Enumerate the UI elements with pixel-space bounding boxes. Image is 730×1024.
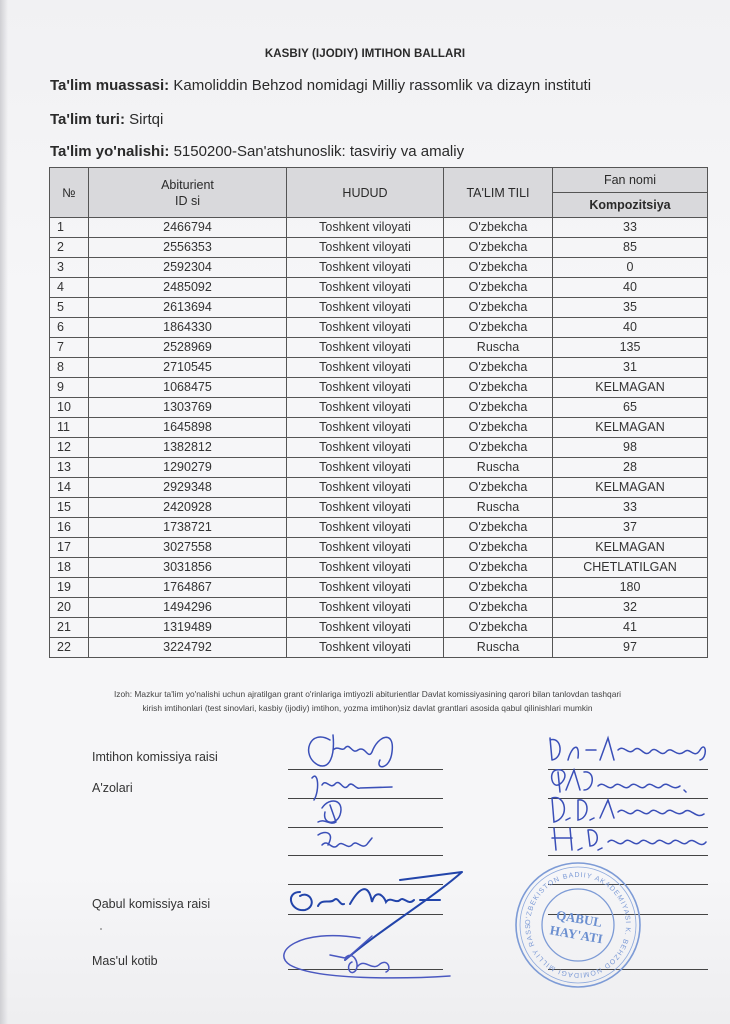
language-cell: O'zbekcha: [444, 598, 553, 618]
direction-line: Ta'lim yo'nalishi: 5150200-San'atshunosl…: [50, 143, 464, 160]
applicant-id-cell: 2466794: [89, 218, 287, 238]
score-cell: 32: [553, 598, 708, 618]
note: Izoh: Mazkur ta'lim yo'nalishi uchun ajr…: [55, 687, 680, 715]
signature-line: [288, 798, 443, 799]
table-row: 101303769Toshkent viloyatiO'zbekcha65: [50, 398, 708, 418]
table-row: 32592304Toshkent viloyatiO'zbekcha0: [50, 258, 708, 278]
row-number-cell: 9: [50, 378, 89, 398]
signature-line: [288, 914, 443, 915]
region-cell: Toshkent viloyati: [287, 438, 444, 458]
row-number-cell: 2: [50, 238, 89, 258]
applicant-id-cell: 3224792: [89, 638, 287, 658]
row-number-cell: 3: [50, 258, 89, 278]
language-cell: O'zbekcha: [444, 558, 553, 578]
admission-commission-chair-label: Qabul komissiya raisi: [92, 897, 210, 911]
language-cell: Ruscha: [444, 498, 553, 518]
applicant-id-cell: 1382812: [89, 438, 287, 458]
region-cell: Toshkent viloyati: [287, 558, 444, 578]
header-subject: Kompozitsiya: [553, 193, 708, 218]
row-number-cell: 18: [50, 558, 89, 578]
applicant-id-cell: 1319489: [89, 618, 287, 638]
language-cell: O'zbekcha: [444, 218, 553, 238]
table-row: 121382812Toshkent viloyatiO'zbekcha98: [50, 438, 708, 458]
applicant-id-cell: 3027558: [89, 538, 287, 558]
region-cell: Toshkent viloyati: [287, 498, 444, 518]
table-row: 111645898Toshkent viloyatiO'zbekchaKELMA…: [50, 418, 708, 438]
table-row: 161738721Toshkent viloyatiO'zbekcha37: [50, 518, 708, 538]
signature-name-1: [550, 738, 705, 760]
table-row: 223224792Toshkent viloyatiRuscha97: [50, 638, 708, 658]
applicant-id-cell: 1494296: [89, 598, 287, 618]
exam-commission-chair-label: Imtihon komissiya raisi: [92, 750, 218, 764]
language-cell: Ruscha: [444, 338, 553, 358]
region-cell: Toshkent viloyati: [287, 618, 444, 638]
signature-admission-chair: [291, 872, 462, 960]
table-row: 191764867Toshkent viloyatiO'zbekcha180: [50, 578, 708, 598]
language-cell: O'zbekcha: [444, 518, 553, 538]
header-subject-group: Fan nomi: [553, 168, 708, 193]
region-cell: Toshkent viloyati: [287, 258, 444, 278]
score-cell: 37: [553, 518, 708, 538]
score-cell: 35: [553, 298, 708, 318]
language-cell: O'zbekcha: [444, 278, 553, 298]
row-number-cell: 12: [50, 438, 89, 458]
row-number-cell: 17: [50, 538, 89, 558]
institution-label: Ta'lim muassasi:: [50, 77, 169, 94]
score-cell: 98: [553, 438, 708, 458]
header-applicant-id-line1: Abiturient: [89, 177, 286, 193]
score-cell: 40: [553, 278, 708, 298]
row-number-cell: 15: [50, 498, 89, 518]
region-cell: Toshkent viloyati: [287, 358, 444, 378]
speck: [100, 928, 102, 930]
note-line-1: Izoh: Mazkur ta'lim yo'nalishi uchun ajr…: [55, 687, 680, 701]
score-cell: KELMAGAN: [553, 478, 708, 498]
row-number-cell: 5: [50, 298, 89, 318]
signature-line: [548, 884, 708, 885]
institution-value: Kamoliddin Behzod nomidagi Milliy rassom…: [173, 77, 591, 94]
score-cell: 31: [553, 358, 708, 378]
applicant-id-cell: 1290279: [89, 458, 287, 478]
score-cell: 180: [553, 578, 708, 598]
header-region: HUDUD: [287, 168, 444, 218]
score-cell: 0: [553, 258, 708, 278]
applicant-id-cell: 1068475: [89, 378, 287, 398]
document-title: KASBIY (IJODIY) IMTIHON BALLARI: [0, 48, 730, 60]
applicant-id-cell: 2420928: [89, 498, 287, 518]
stamp-ring-text: O'ZBEKISTON BADIIY AKADEMIYASI K. BEHZOD…: [525, 872, 631, 978]
row-number-cell: 6: [50, 318, 89, 338]
table-row: 152420928Toshkent viloyatiRuscha33: [50, 498, 708, 518]
signature-line: [548, 914, 708, 915]
stamp-center-line-2: HAY'ATI: [549, 922, 604, 946]
row-number-cell: 10: [50, 398, 89, 418]
table-row: 91068475Toshkent viloyatiO'zbekchaKELMAG…: [50, 378, 708, 398]
row-number-cell: 21: [50, 618, 89, 638]
direction-label: Ta'lim yo'nalishi:: [50, 143, 169, 160]
direction-value: 5150200-San'atshunoslik: tasviriy va ama…: [174, 143, 465, 160]
language-cell: O'zbekcha: [444, 378, 553, 398]
table-row: 52613694Toshkent viloyatiO'zbekcha35: [50, 298, 708, 318]
applicant-id-cell: 2613694: [89, 298, 287, 318]
signature-line: [548, 827, 708, 828]
table-row: 42485092Toshkent viloyatiO'zbekcha40: [50, 278, 708, 298]
signature-line: [548, 798, 708, 799]
table-row: 82710545Toshkent viloyatiO'zbekcha31: [50, 358, 708, 378]
table-row: 22556353Toshkent viloyatiO'zbekcha85: [50, 238, 708, 258]
applicant-id-cell: 1738721: [89, 518, 287, 538]
row-number-cell: 8: [50, 358, 89, 378]
score-cell: 33: [553, 498, 708, 518]
signature-name-4: [552, 828, 706, 850]
score-cell: KELMAGAN: [553, 538, 708, 558]
scores-table: № Abiturient ID si HUDUD TA'LIM TILI Fan…: [49, 167, 708, 658]
language-cell: O'zbekcha: [444, 538, 553, 558]
applicant-id-cell: 3031856: [89, 558, 287, 578]
responsible-secretary-label: Mas'ul kotib: [92, 954, 158, 968]
language-cell: O'zbekcha: [444, 438, 553, 458]
region-cell: Toshkent viloyati: [287, 578, 444, 598]
row-number-cell: 16: [50, 518, 89, 538]
header-number: №: [50, 168, 89, 218]
applicant-id-cell: 1764867: [89, 578, 287, 598]
region-cell: Toshkent viloyati: [287, 318, 444, 338]
language-cell: O'zbekcha: [444, 238, 553, 258]
region-cell: Toshkent viloyati: [287, 218, 444, 238]
applicant-id-cell: 2556353: [89, 238, 287, 258]
signature-chair: [309, 735, 393, 767]
members-label: A'zolari: [92, 781, 133, 795]
signature-member-1: [312, 776, 392, 800]
applicant-id-cell: 2710545: [89, 358, 287, 378]
row-number-cell: 14: [50, 478, 89, 498]
signature-member-2: [318, 801, 341, 823]
signature-line: [288, 769, 443, 770]
applicant-id-cell: 1303769: [89, 398, 287, 418]
language-cell: O'zbekcha: [444, 358, 553, 378]
region-cell: Toshkent viloyati: [287, 298, 444, 318]
table-body: 12466794Toshkent viloyatiO'zbekcha332255…: [50, 218, 708, 658]
stamp-center-line-1: QABUL: [555, 907, 603, 930]
language-cell: O'zbekcha: [444, 478, 553, 498]
language-cell: O'zbekcha: [444, 258, 553, 278]
table-row: 183031856Toshkent viloyatiO'zbekchaCHETL…: [50, 558, 708, 578]
study-type-label: Ta'lim turi:: [50, 111, 125, 128]
signature-name-2: [552, 770, 686, 792]
signature-secretary: [284, 936, 450, 978]
study-type-line: Ta'lim turi: Sirtqi: [50, 111, 163, 128]
score-cell: KELMAGAN: [553, 378, 708, 398]
region-cell: Toshkent viloyati: [287, 338, 444, 358]
applicant-id-cell: 1645898: [89, 418, 287, 438]
region-cell: Toshkent viloyati: [287, 478, 444, 498]
document-page: KASBIY (IJODIY) IMTIHON BALLARI Ta'lim m…: [0, 0, 730, 1024]
language-cell: O'zbekcha: [444, 298, 553, 318]
language-cell: O'zbekcha: [444, 398, 553, 418]
row-number-cell: 20: [50, 598, 89, 618]
signature-member-3: [318, 832, 372, 847]
study-type-value: Sirtqi: [129, 111, 163, 128]
region-cell: Toshkent viloyati: [287, 458, 444, 478]
score-cell: CHETLATILGAN: [553, 558, 708, 578]
institution-line: Ta'lim muassasi: Kamoliddin Behzod nomid…: [50, 77, 591, 94]
signature-line: [288, 884, 443, 885]
region-cell: Toshkent viloyati: [287, 278, 444, 298]
language-cell: Ruscha: [444, 638, 553, 658]
row-number-cell: 1: [50, 218, 89, 238]
note-line-2: kirish imtihonlari (test sinovlari, kasb…: [55, 701, 680, 715]
score-cell: 135: [553, 338, 708, 358]
row-number-cell: 13: [50, 458, 89, 478]
signature-line: [548, 855, 708, 856]
signature-line: [288, 827, 443, 828]
row-number-cell: 4: [50, 278, 89, 298]
table-row: 173027558Toshkent viloyatiO'zbekchaKELMA…: [50, 538, 708, 558]
region-cell: Toshkent viloyati: [287, 418, 444, 438]
score-cell: 97: [553, 638, 708, 658]
signature-line: [548, 969, 708, 970]
score-cell: KELMAGAN: [553, 418, 708, 438]
table-row: 72528969Toshkent viloyatiRuscha135: [50, 338, 708, 358]
language-cell: O'zbekcha: [444, 618, 553, 638]
signature-line: [548, 769, 708, 770]
applicant-id-cell: 2485092: [89, 278, 287, 298]
signature-line: [288, 855, 443, 856]
language-cell: O'zbekcha: [444, 418, 553, 438]
applicant-id-cell: 2929348: [89, 478, 287, 498]
table-row: 12466794Toshkent viloyatiO'zbekcha33: [50, 218, 708, 238]
region-cell: Toshkent viloyati: [287, 518, 444, 538]
score-cell: 65: [553, 398, 708, 418]
score-cell: 85: [553, 238, 708, 258]
row-number-cell: 19: [50, 578, 89, 598]
signature-name-3: [552, 798, 704, 822]
table-row: 131290279Toshkent viloyatiRuscha28: [50, 458, 708, 478]
table-row: 61864330Toshkent viloyatiO'zbekcha40: [50, 318, 708, 338]
applicant-id-cell: 2528969: [89, 338, 287, 358]
language-cell: O'zbekcha: [444, 578, 553, 598]
score-cell: 40: [553, 318, 708, 338]
region-cell: Toshkent viloyati: [287, 638, 444, 658]
row-number-cell: 11: [50, 418, 89, 438]
applicant-id-cell: 1864330: [89, 318, 287, 338]
score-cell: 28: [553, 458, 708, 478]
score-cell: 33: [553, 218, 708, 238]
header-applicant-id-line2: ID si: [89, 193, 286, 209]
table-row: 211319489Toshkent viloyatiO'zbekcha41: [50, 618, 708, 638]
region-cell: Toshkent viloyati: [287, 538, 444, 558]
header-language: TA'LIM TILI: [444, 168, 553, 218]
scan-edge-shadow: [0, 0, 8, 1024]
applicant-id-cell: 2592304: [89, 258, 287, 278]
region-cell: Toshkent viloyati: [287, 238, 444, 258]
region-cell: Toshkent viloyati: [287, 598, 444, 618]
language-cell: O'zbekcha: [444, 318, 553, 338]
score-cell: 41: [553, 618, 708, 638]
table-row: 142929348Toshkent viloyatiO'zbekchaKELMA…: [50, 478, 708, 498]
row-number-cell: 22: [50, 638, 89, 658]
region-cell: Toshkent viloyati: [287, 378, 444, 398]
row-number-cell: 7: [50, 338, 89, 358]
region-cell: Toshkent viloyati: [287, 398, 444, 418]
signature-line: [288, 969, 443, 970]
table-row: 201494296Toshkent viloyatiO'zbekcha32: [50, 598, 708, 618]
language-cell: Ruscha: [444, 458, 553, 478]
header-applicant-id: Abiturient ID si: [89, 168, 287, 218]
